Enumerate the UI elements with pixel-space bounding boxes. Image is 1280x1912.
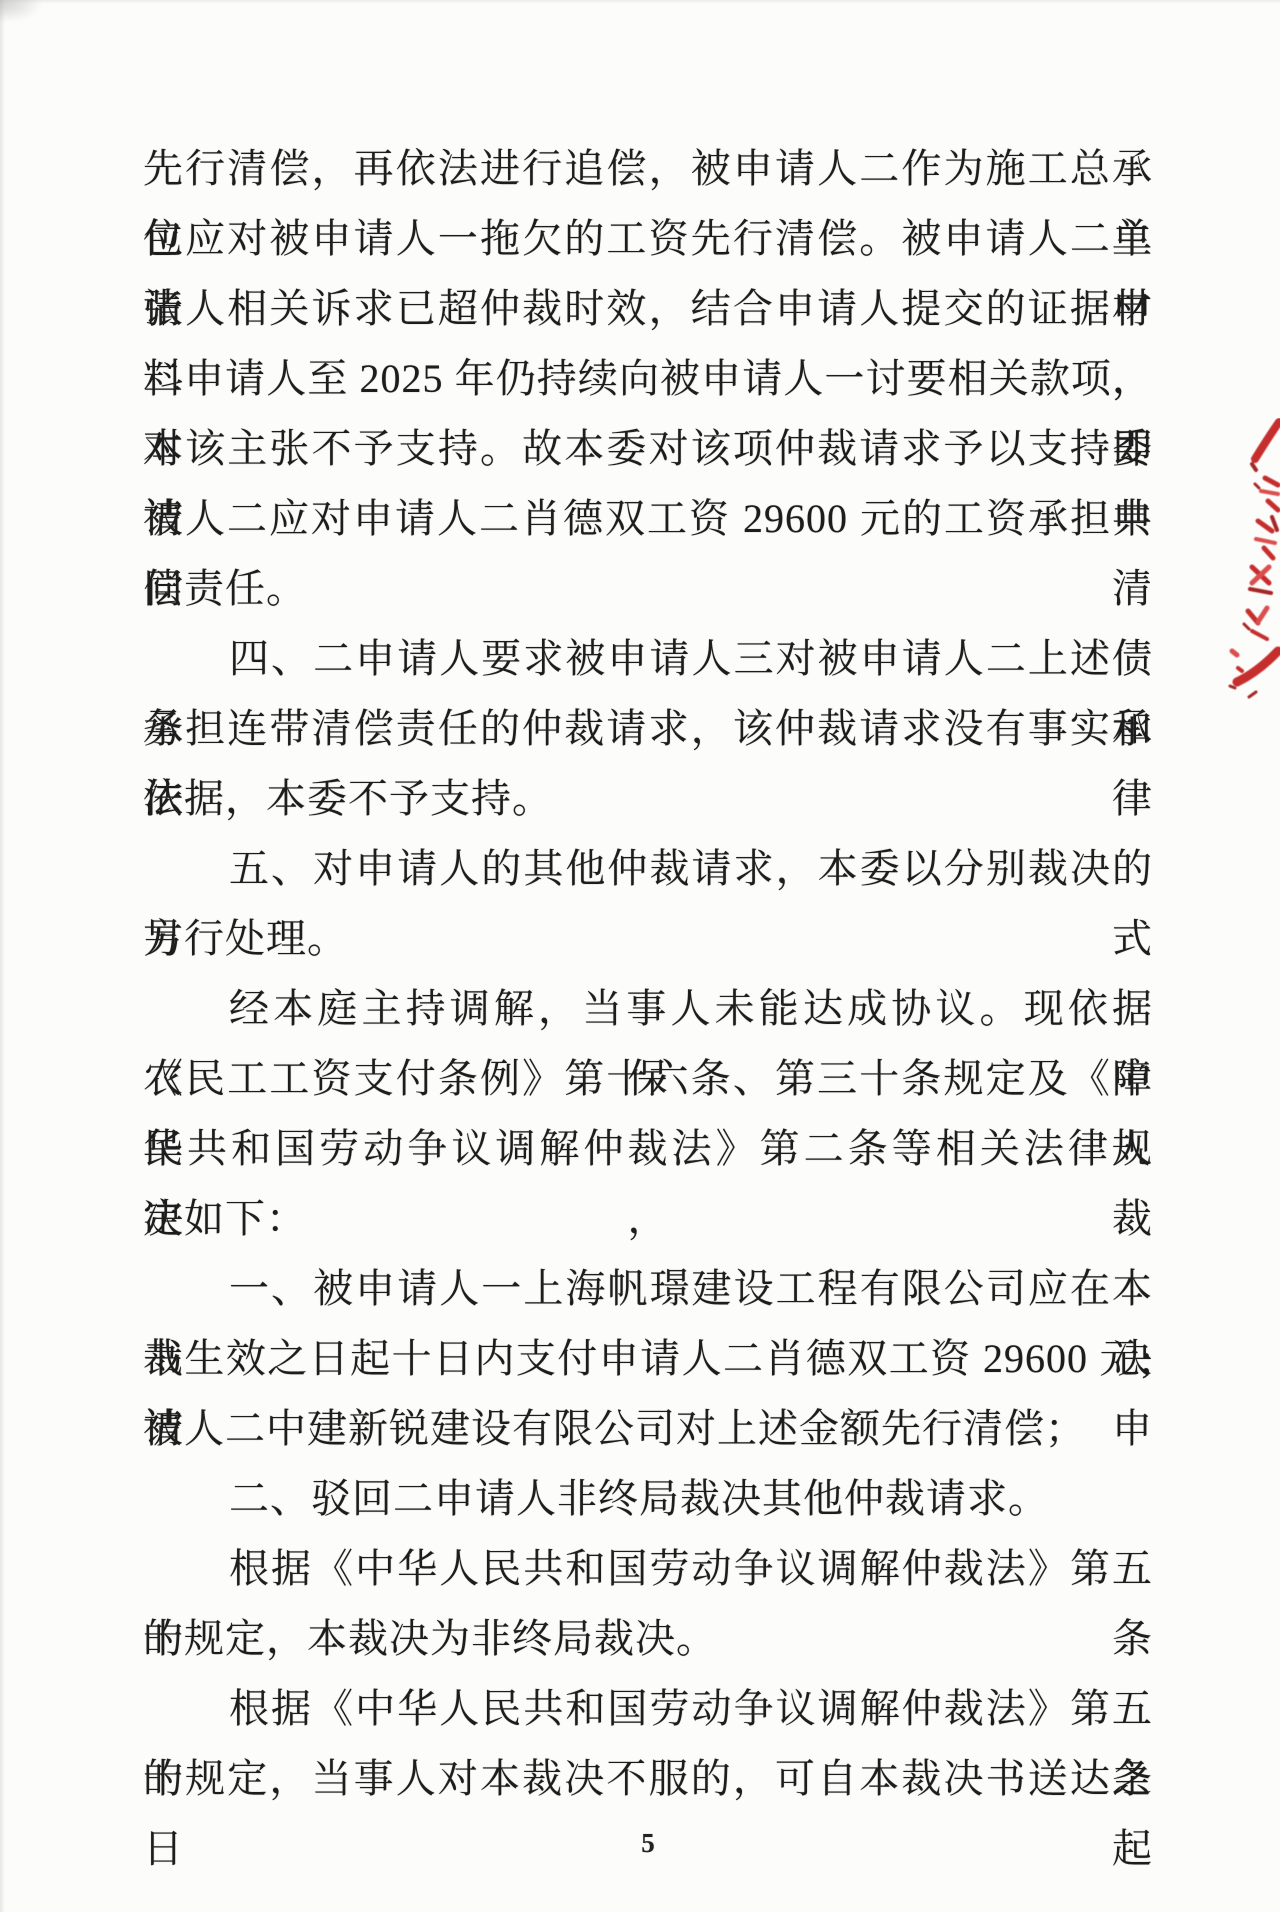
text-line: 四、二申请人要求被申请人三对被申请人二上述债务承	[143, 624, 1153, 694]
text-line: 农民工工资支付条例》第十六条、第三十条规定及《中华人	[143, 1044, 1153, 1114]
text-line: 对该主张不予支持。故本委对该项仲裁请求予以支持即被申	[143, 414, 1153, 484]
document-body: 先行清偿，再依法进行追偿，被申请人二作为施工总承包单位应对被申请人一拖欠的工资先…	[143, 134, 1153, 1814]
text-line: 位应对被申请人一拖欠的工资先行清偿。被申请人二主张申	[143, 204, 1153, 274]
text-line: 根据《中华人民共和国劳动争议调解仲裁法》第五十条	[143, 1534, 1153, 1604]
text-line: 先行清偿，再依法进行追偿，被申请人二作为施工总承包单	[143, 134, 1153, 204]
text-line: 二申请人至 2025 年仍持续向被申请人一讨要相关款项，本委	[143, 344, 1153, 414]
scan-edge-top	[0, 0, 1280, 4]
text-line: 书生效之日起十日内支付申请人二肖德双工资 29600 元;被申	[143, 1324, 1153, 1394]
red-seal-fragment	[1222, 418, 1280, 714]
document-page: 先行清偿，再依法进行追偿，被申请人二作为施工总承包单位应对被申请人一拖欠的工资先…	[0, 0, 1280, 1912]
text-line: 请人二应对申请人二肖德双工资 29600 元的工资承担共同清	[143, 484, 1153, 554]
text-line: 请人相关诉求已超仲裁时效，结合申请人提交的证据材料，	[143, 274, 1153, 344]
page-number: 5	[143, 1828, 1153, 1859]
scan-edge-left	[0, 0, 5, 1912]
scan-corner-smudge	[0, 0, 46, 24]
text-line: 的规定，当事人对本裁决不服的，可自本裁决书送达之日起	[143, 1744, 1153, 1814]
text-line: 民共和国劳动争议调解仲裁法》第二条等相关法律规定，裁	[143, 1114, 1153, 1184]
text-line: 五、对申请人的其他仲裁请求，本委以分别裁决的方式	[143, 834, 1153, 904]
text-line: 承担连带清偿责任的仲裁请求，该仲裁请求没有事实和法律	[143, 694, 1153, 764]
text-line: 一、被申请人一上海帆璟建设工程有限公司应在本裁决	[143, 1254, 1153, 1324]
text-line: 根据《中华人民共和国劳动争议调解仲裁法》第五十条	[143, 1674, 1153, 1744]
text-line: 二、驳回二申请人非终局裁决其他仲裁请求。	[143, 1464, 1153, 1534]
text-line: 请人二中建新锐建设有限公司对上述金额先行清偿；	[143, 1394, 1153, 1464]
text-line: 经本庭主持调解，当事人未能达成协议。现依据《保障	[143, 974, 1153, 1044]
